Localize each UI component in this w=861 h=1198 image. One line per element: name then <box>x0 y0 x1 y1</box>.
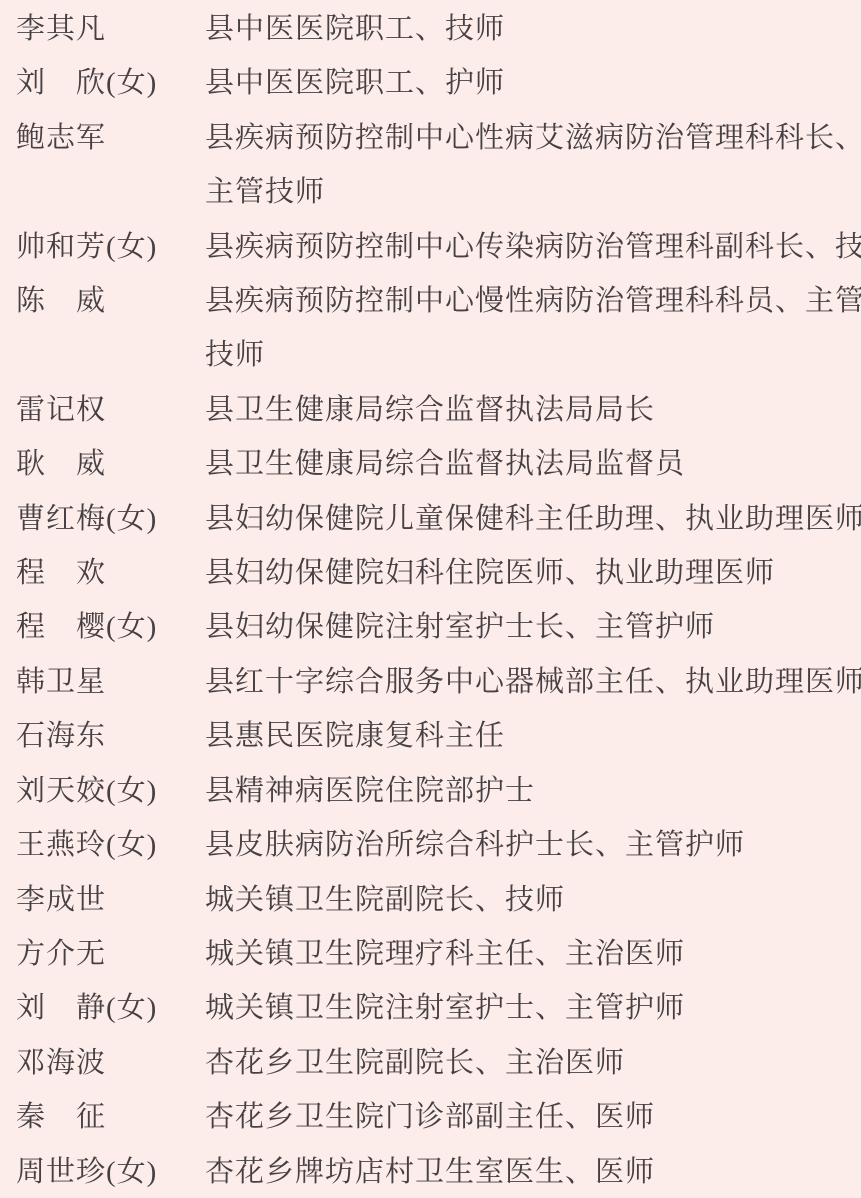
person-title: 县中医医院职工、护师 <box>205 56 853 110</box>
person-title-line: 县妇幼保健院妇科住院医师、执业助理医师 <box>205 546 853 600</box>
person-title-line: 县卫生健康局综合监督执法局监督员 <box>205 437 853 491</box>
person-title-line: 县疾病预防控制中心慢性病防治管理科科员、主管 <box>205 274 861 328</box>
person-name: 刘 静(女) <box>16 981 205 1035</box>
person-title: 县妇幼保健院儿童保健科主任助理、执业助理医师 <box>205 492 861 546</box>
person-title: 杏花乡牌坊店村卫生室医生、医师 <box>205 1145 853 1198</box>
person-title: 县中医医院职工、技师 <box>205 2 853 56</box>
person-title: 县疾病预防控制中心性病艾滋病防治管理科科长、主管技师 <box>205 111 861 220</box>
person-title: 县卫生健康局综合监督执法局监督员 <box>205 437 853 491</box>
person-title: 县红十字综合服务中心器械部主任、执业助理医师 <box>205 655 861 709</box>
roster-row: 王燕玲(女) 县皮肤病防治所综合科护士长、主管护师 <box>16 818 853 872</box>
person-title-line: 主管技师 <box>205 165 861 219</box>
person-name: 石海东 <box>16 709 205 763</box>
roster-row: 李成世 城关镇卫生院副院长、技师 <box>16 873 853 927</box>
person-name: 程 樱(女) <box>16 600 205 654</box>
person-title: 县惠民医院康复科主任 <box>205 709 853 763</box>
person-title-line: 县卫生健康局综合监督执法局局长 <box>205 383 853 437</box>
person-title: 城关镇卫生院注射室护士、主管护师 <box>205 981 853 1035</box>
roster-row: 雷记权 县卫生健康局综合监督执法局局长 <box>16 383 853 437</box>
person-title: 城关镇卫生院理疗科主任、主治医师 <box>205 927 853 981</box>
roster-row: 刘 欣(女) 县中医医院职工、护师 <box>16 56 853 110</box>
person-title-line: 县妇幼保健院注射室护士长、主管护师 <box>205 600 853 654</box>
person-title: 县妇幼保健院妇科住院医师、执业助理医师 <box>205 546 853 600</box>
person-name: 方介无 <box>16 927 205 981</box>
person-name: 鲍志军 <box>16 111 205 165</box>
person-title-line: 县惠民医院康复科主任 <box>205 709 853 763</box>
person-name: 帅和芳(女) <box>16 220 205 274</box>
person-title: 县妇幼保健院注射室护士长、主管护师 <box>205 600 853 654</box>
document-page: 李其凡 县中医医院职工、技师 刘 欣(女) 县中医医院职工、护师 鲍志军 县疾病… <box>0 0 861 1198</box>
person-name: 李成世 <box>16 873 205 927</box>
roster-row: 方介无 城关镇卫生院理疗科主任、主治医师 <box>16 927 853 981</box>
roster-row: 帅和芳(女) 县疾病预防控制中心传染病防治管理科副科长、技师 <box>16 220 853 274</box>
person-title: 县卫生健康局综合监督执法局局长 <box>205 383 853 437</box>
person-title-line: 城关镇卫生院注射室护士、主管护师 <box>205 981 853 1035</box>
personnel-roster: 李其凡 县中医医院职工、技师 刘 欣(女) 县中医医院职工、护师 鲍志军 县疾病… <box>16 2 853 1198</box>
person-name: 韩卫星 <box>16 655 205 709</box>
roster-row: 鲍志军 县疾病预防控制中心性病艾滋病防治管理科科长、主管技师 <box>16 111 853 220</box>
person-name: 耿 威 <box>16 437 205 491</box>
roster-row: 陈 威 县疾病预防控制中心慢性病防治管理科科员、主管技师 <box>16 274 853 383</box>
person-title-line: 县中医医院职工、护师 <box>205 56 853 110</box>
person-name: 陈 威 <box>16 274 205 328</box>
roster-row: 邓海波 杏花乡卫生院副院长、主治医师 <box>16 1036 853 1090</box>
person-title: 县皮肤病防治所综合科护士长、主管护师 <box>205 818 853 872</box>
person-name: 刘天姣(女) <box>16 764 205 818</box>
person-title: 县精神病医院住院部护士 <box>205 764 853 818</box>
person-title-line: 城关镇卫生院理疗科主任、主治医师 <box>205 927 853 981</box>
person-title-line: 杏花乡卫生院副院长、主治医师 <box>205 1036 853 1090</box>
person-title-line: 杏花乡卫生院门诊部副主任、医师 <box>205 1090 853 1144</box>
person-title-line: 县精神病医院住院部护士 <box>205 764 853 818</box>
person-title: 县疾病预防控制中心传染病防治管理科副科长、技师 <box>205 220 861 274</box>
person-name: 邓海波 <box>16 1036 205 1090</box>
person-title: 城关镇卫生院副院长、技师 <box>205 873 853 927</box>
roster-row: 程 樱(女) 县妇幼保健院注射室护士长、主管护师 <box>16 600 853 654</box>
person-name: 周世珍(女) <box>16 1145 205 1198</box>
roster-row: 刘 静(女) 城关镇卫生院注射室护士、主管护师 <box>16 981 853 1035</box>
person-title: 杏花乡卫生院副院长、主治医师 <box>205 1036 853 1090</box>
roster-row: 韩卫星 县红十字综合服务中心器械部主任、执业助理医师 <box>16 655 853 709</box>
person-title: 杏花乡卫生院门诊部副主任、医师 <box>205 1090 853 1144</box>
roster-row: 秦 征 杏花乡卫生院门诊部副主任、医师 <box>16 1090 853 1144</box>
roster-row: 耿 威 县卫生健康局综合监督执法局监督员 <box>16 437 853 491</box>
person-title-line: 县皮肤病防治所综合科护士长、主管护师 <box>205 818 853 872</box>
person-title-line: 县疾病预防控制中心性病艾滋病防治管理科科长、 <box>205 111 861 165</box>
person-title-line: 县中医医院职工、技师 <box>205 2 853 56</box>
roster-row: 石海东 县惠民医院康复科主任 <box>16 709 853 763</box>
roster-row: 李其凡 县中医医院职工、技师 <box>16 2 853 56</box>
roster-row: 程 欢 县妇幼保健院妇科住院医师、执业助理医师 <box>16 546 853 600</box>
person-name: 曹红梅(女) <box>16 492 205 546</box>
person-title-line: 县妇幼保健院儿童保健科主任助理、执业助理医师 <box>205 492 861 546</box>
roster-row: 周世珍(女) 杏花乡牌坊店村卫生室医生、医师 <box>16 1145 853 1198</box>
person-name: 李其凡 <box>16 2 205 56</box>
person-name: 程 欢 <box>16 546 205 600</box>
person-name: 王燕玲(女) <box>16 818 205 872</box>
roster-row: 曹红梅(女) 县妇幼保健院儿童保健科主任助理、执业助理医师 <box>16 492 853 546</box>
person-title-line: 杏花乡牌坊店村卫生室医生、医师 <box>205 1145 853 1198</box>
person-title-line: 县红十字综合服务中心器械部主任、执业助理医师 <box>205 655 861 709</box>
person-title-line: 技师 <box>205 328 861 382</box>
person-title-line: 县疾病预防控制中心传染病防治管理科副科长、技师 <box>205 220 861 274</box>
person-title: 县疾病预防控制中心慢性病防治管理科科员、主管技师 <box>205 274 861 383</box>
person-name: 雷记权 <box>16 383 205 437</box>
person-name: 刘 欣(女) <box>16 56 205 110</box>
person-name: 秦 征 <box>16 1090 205 1144</box>
person-title-line: 城关镇卫生院副院长、技师 <box>205 873 853 927</box>
roster-row: 刘天姣(女) 县精神病医院住院部护士 <box>16 764 853 818</box>
